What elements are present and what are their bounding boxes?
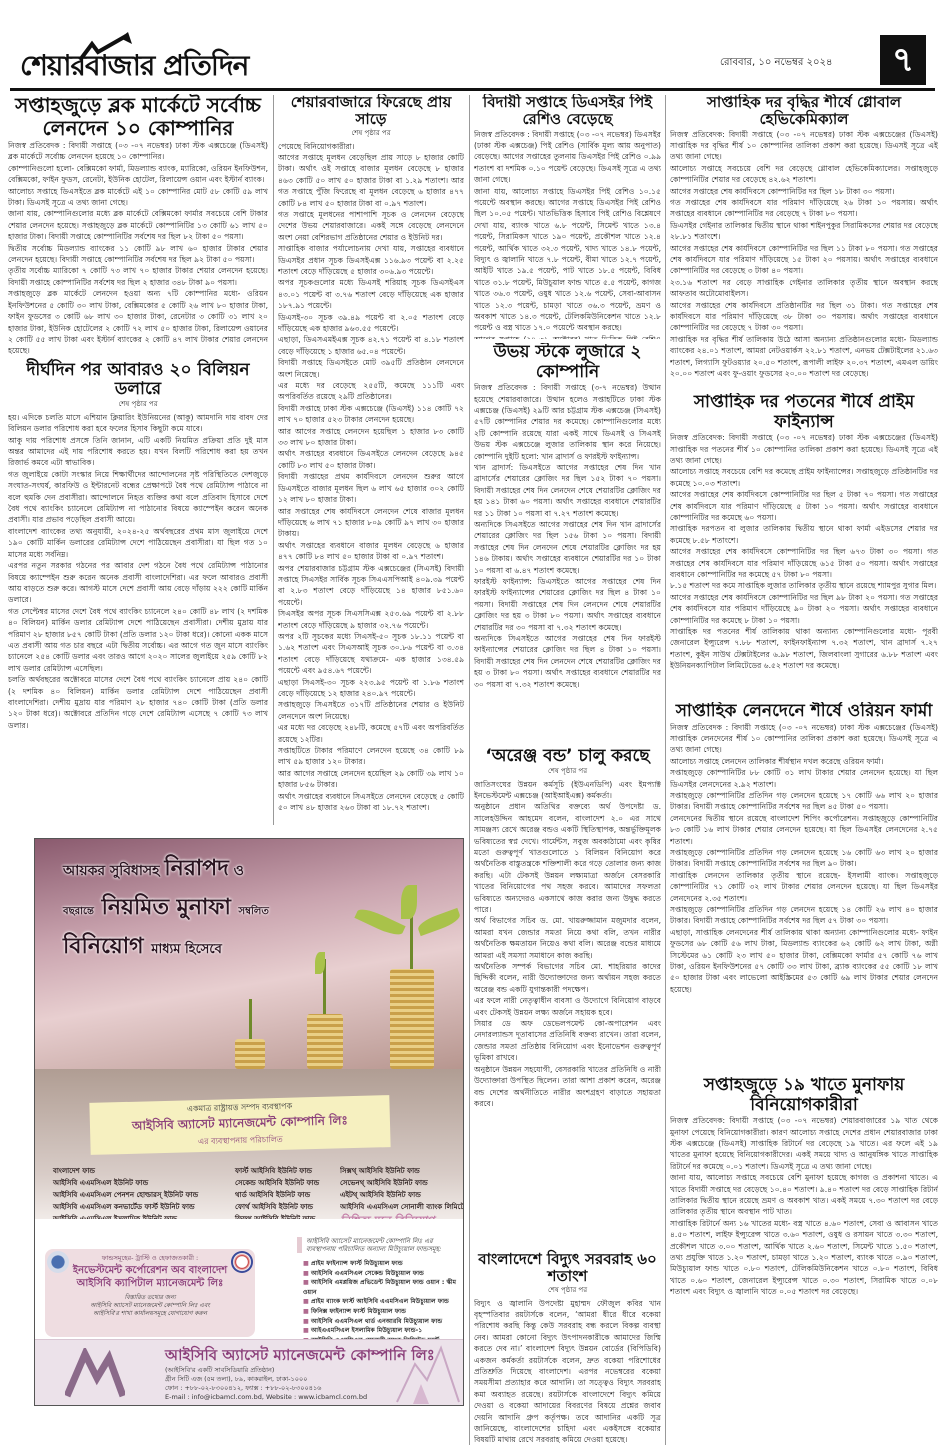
paragraph: জানা যায়, আলোচ্য সপ্তাহে সবচেয়ে বেশি ম…: [670, 1172, 938, 1218]
company-contact[interactable]: E-mail : info@icbamcl.com.bd, Website : …: [165, 1393, 367, 1402]
mutual-fund-item: ■ আইসিবি এমপ্লয়িজ প্রভিডেন্ট মিউচ্যুয়া…: [303, 1278, 464, 1297]
mountain-decoration-icon: [395, 1344, 461, 1404]
continued-label: শেষ পৃষ্ঠার পর: [8, 398, 268, 410]
paragraph: আগের সপ্তাহের শেষ কার্যদিবসে কোম্পানিটির…: [670, 186, 938, 197]
paragraph: এর মধ্যে দর বেড়েছে ২৪৮টি, কমেছে ৫৭টি এব…: [278, 722, 464, 745]
article-column-3: বিদায়ী সপ্তাহে ডিএসইর পিই রেশিও বেড়েছে…: [474, 94, 661, 1446]
paragraph: পেয়েছে বিনিয়োগকারীরা।: [278, 141, 464, 152]
paragraph: অর্থাৎ সপ্তাহের ব্যবধানে বাজার মূলধন বেড…: [278, 540, 464, 563]
paragraph: নিজস্ব প্রতিবেদক: বিদায়ী সপ্তাহে (০৩ -০…: [670, 129, 938, 163]
paragraph: জানা যায়, কোম্পানিগুলোর মধ্যে ব্লক মার্…: [8, 208, 268, 242]
paragraph: বিদায়ী সপ্তাহে ডিএসইতে মোট ৩৯৫টি প্রতিষ…: [278, 357, 464, 380]
paragraph: আলোচ্য সপ্তাহে ডিএসইতে ব্লক মার্কেটে এই …: [8, 186, 268, 209]
paragraph: অপর সূচকগুলোর মধ্যে ডিএসই শরিয়াহ সূচক ড…: [278, 277, 464, 311]
paragraph: আগের সপ্তাহের শেষ কার্যদিবসে কোম্পানিটির…: [670, 489, 938, 523]
paragraph: জানা যায়, আলোচ্য সপ্তাহে ডিএসইর পিই রেশ…: [474, 186, 661, 334]
paragraph: নিজস্ব প্রতিবেদক: বিদায়ী সপ্তাহে (০৩ -০…: [670, 1115, 938, 1172]
paragraph: ৮.১৫ শতাংশ দর কমে সাপ্তাহিক লুজার তালিকা…: [670, 580, 938, 591]
fund-item: সেকেন্ড আইসিবি ইউনিট ফান্ড: [235, 1177, 319, 1189]
paragraph: সপ্তাহজুড়ে কোম্পানিটির ৮৮ কোটি ৩১ লাখ ট…: [670, 767, 938, 790]
article-billion-dollar: দীর্ঘদিন পর আবারও ২০ বিলিয়ন ডলারে শেষ প…: [8, 361, 268, 731]
paragraph: সাপ্তাহিক দরপতন বা লুজার তালিকায় দ্বিতী…: [670, 523, 938, 546]
paragraph: লেনদেনের দ্বিতীয় স্থানে রয়েছে বাংলাদেশ…: [670, 813, 938, 847]
article-top-turnover: সাপ্তাহিক লেনদেনে শীর্ষে ওরিয়ন ফার্মা ন…: [670, 702, 938, 1072]
article-pe-ratio: বিদায়ী সপ্তাহে ডিএসইর পিই রেশিও বেড়েছে…: [474, 94, 661, 339]
article-headline[interactable]: ‘অরেঞ্জ বন্ড’ চালু করছে: [474, 747, 661, 767]
masthead-divider: [10, 88, 935, 91]
continued-label: শেষ পৃষ্ঠার পর: [474, 1284, 661, 1296]
paragraph: দ্বিতীয় সর্বোচ্চ মিডল্যান্ড ব্যাংকের ১১…: [8, 243, 268, 266]
paragraph: আগের সপ্তাহের শেষ কার্যদিবসে কোম্পানিটির…: [670, 243, 938, 277]
mutual-fund-item: ■ প্রাইম ফাইন্যান্স ফার্স্ট মিউচ্যুয়াল …: [303, 1259, 464, 1269]
trustee-note: বিস্তারিত তথ্যের জন্য: [45, 1294, 255, 1302]
paragraph: এর মধ্যে দর বেড়েছে ২৫৫টি, কমেছে ১১১টি এ…: [278, 380, 464, 403]
paragraph: এছাড়া, সাপ্তাহিক লেনদেনের শীর্ষ তালিকায…: [670, 927, 938, 995]
paragraph: সপ্তাহটিতে টাকার পরিমাণে লেনদেন হয়েছে ৩…: [278, 745, 464, 768]
article-block-market: সপ্তাহজুড়ে ব্লক মার্কেটে সর্বোচ্চ লেনদে…: [8, 94, 268, 357]
ad-trustee-section: ফান্ডসমূহের- ট্রাস্টি ও হেফাজতকারী : ইনভ…: [35, 1219, 464, 1339]
paragraph: অর্থ বিভাগের সচিব ড. মো. খায়রুজ্জামান ম…: [474, 915, 661, 961]
ad-hero-image: আয়কর সুবিধাসহ নিরাপদ ও বছরান্তে নিয়মিত…: [35, 839, 464, 1069]
article-both-exchanges: উভয় স্টকে লুজারে ২ কোম্পানি নিজস্ব প্রত…: [474, 343, 661, 743]
mutual-fund-item: ■ ফিনিক্স ফাইন্যান্স ফার্স্ট মিউচ্যুয়াল…: [303, 1307, 464, 1317]
paragraph: কোম্পানিগুলো হলো- বেক্সিমকো ফার্মা, মিডল…: [8, 163, 268, 186]
article-body: নিজস্ব প্রতিবেদক: বিদায়ী সপ্তাহে (০৩ -০…: [670, 129, 938, 380]
article-orange-bond: ‘অরেঞ্জ বন্ড’ চালু করছে শেষ পৃষ্ঠার পর জ…: [474, 747, 661, 1247]
slogan-text: আয়কর সুবিধাসহ: [63, 863, 160, 879]
paragraph: অর্থাৎ সপ্তাহের ব্যবধানে ডিএসইতে লেনদেন …: [278, 448, 464, 471]
column-divider: [665, 95, 666, 1445]
leaf-icon: [315, 952, 325, 974]
fund-list-col3: সিক্সথ্ আইসিবি ইউনিট ফান্ড সেভেনথ্ আইসিব…: [340, 1165, 464, 1227]
fund-item: সেভেনথ্ আইসিবি ইউনিট ফান্ড: [340, 1177, 464, 1189]
paragraph: সিয়ার ডে অফ ডেভেলপমেন্ট কো-অপারেশন এবং …: [474, 1018, 661, 1064]
paragraph: তৃতীয় সর্বোচ্চ ম্যারিকো ৭ কোটি ৭৩ লাখ ৭…: [8, 265, 268, 288]
paragraph: ২৩.১৬ শতাংশ দর বেড়ে সাপ্তাহিক গেইনার তা…: [670, 277, 938, 300]
paragraph: আলোচ্য সপ্তাহে লেনদেন তালিকার শীর্ষস্থান…: [670, 756, 938, 767]
paragraph: খান ব্রাদার্স: ডিএসইতে আগের সপ্তাহের শেষ…: [474, 462, 661, 519]
trustee-note: আইসিবি অ্যাসেট ম্যানেজমেন্ট কোম্পানি লিঃ…: [45, 1302, 255, 1310]
article-body: নিজস্ব প্রতিবেদক : বিদায়ী সপ্তাহে (০৩ -…: [8, 140, 268, 357]
paragraph: সাপ্তাহিক দর পতনের শীর্ষ তালিকায় থাকা অ…: [670, 626, 938, 672]
paragraph: এরপর নতুন সরকার গঠনের পর আবার দেশ গঠনে ব…: [8, 560, 268, 606]
column-divider: [469, 95, 470, 1445]
paragraph: চলতি অর্থবছরের অক্টোবরে মাসের দেশে বৈধ প…: [8, 674, 268, 731]
paragraph: এছাড়া, ডিএসএমইএক্স সূচক ৪২.৭১ পয়েন্ট ব…: [278, 334, 464, 357]
company-address: গ্রীন সিটি এজ (৫ম তলা), ৮৯, কাকরাইল, ঢাক…: [165, 1375, 367, 1384]
slogan-text: মাধ্যম হিসেবে: [151, 942, 222, 957]
paragraph: ডিএসই-৩০ সূচক ৩৯.৪৯ পয়েন্ট বা ২.০৫ শতাং…: [278, 312, 464, 335]
paragraph: সপ্তাহজুড়ে কোম্পানিটির প্রতিদিন গড় লেন…: [670, 904, 938, 927]
icb-emblem-icon: [47, 1251, 69, 1273]
slogan-emphasis: নিয়মিত মুনাফা: [102, 895, 231, 920]
paragraph: আগের সপ্তাহের শেষ কার্যদিবসে প্রতিষ্ঠানট…: [670, 300, 938, 334]
paragraph: সাপ্তাহিক দর বৃদ্ধির শীর্ষ তালিকায় উঠে …: [670, 334, 938, 380]
sprout-icon: [249, 999, 252, 1039]
article-headline[interactable]: দীর্ঘদিন পর আবারও ২০ বিলিয়ন ডলারে: [8, 361, 268, 400]
coin-stack-small: [235, 1039, 265, 1069]
company-phone: ফোন : +৮৮-০২-৮৩০০৪১২, ফ্যাক্স : +৮৮-০২-৮…: [165, 1384, 367, 1393]
article-headline[interactable]: সাপ্তাহিক দর পতনের শীর্ষে প্রাইম ফাইন্যা…: [670, 393, 938, 432]
article-sector-profit: সপ্তাহজুড়ে ১৯ খাতে মুনাফায় বিনিয়োগকার…: [670, 1076, 938, 1298]
article-headline[interactable]: শেয়ারবাজারে ফিরেছে প্রায় সাড়ে: [278, 94, 464, 129]
paragraph: গত সেপ্টেম্বর মাসের দেশে বৈধ পথে ব্যাংকি…: [8, 606, 268, 674]
page-number: ৭: [880, 35, 926, 85]
paragraph: আর সপ্তাহের শেষ কার্যদিবসে লেনদেন শেষে ব…: [278, 506, 464, 540]
paragraph: নিজস্ব প্রতিবেদক: বিদায়ী সপ্তাহে (০৩ -০…: [670, 432, 938, 466]
paragraph: আগের সপ্তাহের শেষ কার্যদিবসে কোম্পানিটির…: [670, 592, 938, 626]
paragraph: সপ্তাহজুড়ে কোম্পানিটির প্রতিদিন গড় লেন…: [670, 790, 938, 813]
paragraph: অপর ২টি সূচকের মধ্যে সিএসই-৫০ সূচক ১৮.১১…: [278, 631, 464, 677]
leaf-icon: [401, 885, 417, 919]
fund-item: ফার্স্ট আইসিবি ইউনিট ফান্ড: [235, 1165, 319, 1177]
article-headline[interactable]: সপ্তাহজুড়ে ১৯ খাতে মুনাফায় বিনিয়োগকার…: [670, 1076, 938, 1115]
article-body: পেয়েছে বিনিয়োগকারীরা। আগের সপ্তাহে মূল…: [278, 141, 464, 814]
paragraph: সপ্তাহজুড়ে সিএসইতে ৩১৭টি প্রতিষ্ঠানের শ…: [278, 699, 464, 722]
article-body: হয়। এদিকে চলতি মাসে এশিয়ান ক্লিয়ারিং …: [8, 412, 268, 731]
article-headline[interactable]: সাপ্তাহিক দর বৃদ্ধির শীর্ষে গ্লোবাল হেভি…: [670, 94, 938, 129]
article-column-1: সপ্তাহজুড়ে ব্লক মার্কেটে সর্বোচ্চ লেনদে…: [8, 94, 268, 834]
paragraph: অনুষ্ঠানে প্রধান অতিথির বক্তব্যে অর্থ উপ…: [474, 801, 661, 915]
article-body: নিজস্ব প্রতিবেদক : বিদায়ী সপ্তাহে (৩-৭ …: [474, 382, 661, 690]
paragraph: আগের সপ্তাহে (২৭-৩১ অক্টোবর) খাত ভিত্তিক…: [474, 334, 661, 339]
paragraph: আলোচ্য সপ্তাহে সবচেয়ে বেশি দর কমেছে প্র…: [670, 466, 938, 489]
article-body: নিজস্ব প্রতিবেদক : বিদায়ী সপ্তাহে (০৩ -…: [670, 722, 938, 996]
fund-list-col1: বাংলাদেশ ফান্ড আইসিবি এএমসিএল ইউনিট ফান্…: [53, 1165, 198, 1225]
paragraph: বাংলাদেশ ব্যাংকের তথ্য অনুযায়ী, ২০২৪-২৫…: [8, 526, 268, 560]
paragraph: হয়। এদিকে চলতি মাসে এশিয়ান ক্লিয়ারিং …: [8, 412, 268, 435]
fund-list-col2: ফার্স্ট আইসিবি ইউনিট ফান্ড সেকেন্ড আইসিব…: [235, 1165, 319, 1225]
trustee-label: ফান্ডসমূহের- ট্রাস্টি ও হেফাজতকারী :: [45, 1253, 255, 1264]
paragraph: সিএসইর অপর সূচক সিএসসিএক্স ২৫৩.৬৯ পয়েন্…: [278, 608, 464, 631]
paragraph: আগের সপ্তাহে মূলধন বেড়েছিল প্রায় সাড়ে…: [278, 152, 464, 209]
paragraph: বিদায়ী সপ্তাহে ঢাকা স্টক এক্সচেঞ্জে (ডি…: [278, 403, 464, 426]
mutual-fund-item: ■ প্রাইম ব্যাংক ফার্স্ট আইসিবি এএমসিএল ম…: [303, 1297, 464, 1307]
icb-amcl-advertisement[interactable]: আয়কর সুবিধাসহ নিরাপদ ও বছরান্তে নিয়মিত…: [34, 838, 464, 1406]
fund-item: সিক্সথ্ আইসিবি ইউনিট ফান্ড: [340, 1165, 464, 1177]
paragraph: সপ্তাহজুড়ে ব্লক মার্কেটে লেনদেন হওয়া অ…: [8, 288, 268, 356]
slogan-text: বছরান্তে: [63, 906, 94, 917]
trustee-name: আইসিবি ক্যাপিটাল ম্যানেজমেন্ট লিঃ: [45, 1277, 255, 1290]
paragraph: বিদ্যুৎ ও জ্বালানি উপদেষ্টা মুহাম্মদ ফৌজ…: [474, 1298, 661, 1446]
paragraph: সপ্তাহজুড়ে কোম্পানিটির প্রতিদিন গড় লেন…: [670, 847, 938, 870]
paragraph: ফারইস্ট ফাইন্যান্স: ডিএসইতে আগের সপ্তাহে…: [474, 576, 661, 633]
slogan-emphasis: নিরাপদ: [164, 856, 228, 881]
article-headline[interactable]: সাপ্তাহিক লেনদেনে শীর্ষে ওরিয়ন ফার্মা: [670, 702, 938, 722]
slogan-text: সম্বলিত: [239, 906, 269, 917]
ad-slogan: আয়কর সুবিধাসহ নিরাপদ ও বছরান্তে নিয়মিত…: [63, 851, 269, 966]
paragraph: নিজস্ব প্রতিবেদক : বিদায়ী সপ্তাহে (০৩ -…: [474, 129, 661, 186]
coin-stack-large: [390, 969, 434, 1069]
paragraph: সাপ্তাহিক রিটার্নে অন্য ১৬ খাতের মধ্যে- …: [670, 1218, 938, 1298]
paragraph: আর আগের সপ্তাহে লেনদেন হয়েছিল ২৯ কোটি ৩…: [278, 768, 464, 791]
article-headline[interactable]: উভয় স্টকে লুজারে ২ কোম্পানি: [474, 343, 661, 382]
article-body: জাতিসংঘের উন্নয়ন কর্মসূচি (ইউএনডিপি) এব…: [474, 779, 661, 1110]
paragraph: জাতিসংঘের উন্নয়ন কর্মসূচি (ইউএনডিপি) এব…: [474, 779, 661, 802]
paragraph: এর ফলে নারী নেতৃত্বাধীন ব্যবসা ও উদ্যোগে…: [474, 995, 661, 1018]
paragraph: নিজস্ব প্রতিবেদক : বিদায়ী সপ্তাহে (০৩ -…: [8, 140, 268, 163]
article-headline[interactable]: সপ্তাহজুড়ে ব্লক মার্কেটে সর্বোচ্চ লেনদে…: [8, 94, 268, 140]
article-column-2: শেয়ারবাজারে ফিরেছে প্রায় সাড়ে শেষ পৃষ…: [278, 94, 464, 834]
trustee-box: ফান্ডসমূহের- ট্রাস্টি ও হেফাজতকারী : ইনভ…: [45, 1249, 255, 1337]
fund-item: আইসিবি এএমসিএল ইউনিট ফান্ড: [53, 1177, 198, 1189]
fund-item: আইসিবি এএমসিএল পেনশন হোল্ডারস্ ইউনিট ফান…: [53, 1189, 198, 1201]
paragraph: অন্যদিকে সিএসইতে আগের সপ্তাহের শেষ দিন খ…: [474, 519, 661, 576]
paragraph: আর আগের সপ্তাহে লেনদেন হয়েছিল ১ হাজার ৮…: [278, 426, 464, 449]
masthead: শেয়ারবাজার প্রতিদিন রোববার, ১০ নভেম্বর …: [0, 0, 945, 92]
paragraph: গত জুলাইয়ে কোটা সংস্কার নিয়ে শিক্ষার্থ…: [8, 469, 268, 526]
paragraph: অনুষ্ঠানে উন্নয়ন সহযোগী, বেসরকারি খাতের…: [474, 1064, 661, 1110]
paragraph: গত সপ্তাহে মূলধনের পাশাপাশি সূচক ও লেনদে…: [278, 209, 464, 243]
fund-item: বাংলাদেশ ফান্ড: [53, 1165, 198, 1177]
continued-label: শেষ পৃষ্ঠার পর: [278, 127, 464, 139]
cml-emblem-icon: [231, 1251, 253, 1273]
article-electricity: বাংলাদেশে বিদ্যুৎ সরবরাহ ৬০ শতাংশ শেষ পৃ…: [474, 1251, 661, 1446]
article-body: নিজস্ব প্রতিবেদক: বিদায়ী সপ্তাহে (০৩ -০…: [670, 432, 938, 672]
ad-manager-banner: একমাত্র রাষ্ট্রায়ত্ত সম্পদ ব্যবস্থাপক আ…: [89, 1095, 390, 1155]
paragraph: অর্থনৈতিক সম্পর্ক বিভাগের সচিব মো. শাহরি…: [474, 961, 661, 995]
newspaper-logo[interactable]: শেয়ারবাজার প্রতিদিন: [20, 44, 248, 91]
paragraph: নিজস্ব প্রতিবেদক : বিদায়ী সপ্তাহে (০৩ -…: [670, 722, 938, 756]
article-headline[interactable]: বাংলাদেশে বিদ্যুৎ সরবরাহ ৬০ শতাংশ: [474, 1251, 661, 1286]
paragraph: অপর শেয়ারবাজার চট্টগ্রাম স্টক এক্সচেঞ্জ…: [278, 563, 464, 609]
leaf-icon: [354, 905, 405, 939]
paragraph: বিদায়ী সপ্তাহের প্রথম কার্যদিবসে লেনদেন…: [278, 471, 464, 505]
mutual-fund-item: ■ আইসিবি এএমসিএল সেকেন্ড মিউচ্যুয়াল ফান…: [303, 1269, 464, 1279]
fund-item: আইসিবি এএমসিএল কনভার্টেড ফার্স্ট ইউনিট ফ…: [53, 1201, 198, 1213]
paragraph: অন্যদিকে সিএসইতে আগের সপ্তাহের শেষ দিন ফ…: [474, 633, 661, 690]
paragraph: অর্থাৎ সপ্তাহের ব্যবধানে সিএসইতে লেনদেন …: [278, 791, 464, 814]
article-top-loser: সাপ্তাহিক দর পতনের শীর্ষে প্রাইম ফাইন্যা…: [670, 393, 938, 698]
leaf-icon: [416, 908, 462, 936]
column-divider: [273, 95, 274, 825]
fund-item: থার্ড আইসিবি ইউনিট ফান্ড: [235, 1189, 319, 1201]
article-column-4: সাপ্তাহিক দর বৃদ্ধির শীর্ষে গ্লোবাল হেভি…: [670, 94, 938, 1446]
paragraph: গত সপ্তাহের শেষ কার্যদিবসে যার পরিমাণ দা…: [670, 197, 938, 220]
paragraph: নিজস্ব প্রতিবেদক : বিদায়ী সপ্তাহে (৩-৭ …: [474, 382, 661, 462]
company-info: (আইসিবি'র একটি সাবসিডিয়ারি প্রতিষ্ঠান) …: [165, 1366, 367, 1402]
fund-item: এইটথ্ আইসিবি ইউনিট ফান্ড: [340, 1189, 464, 1201]
ad-fund-section: একমাত্র রাষ্ট্রায়ত্ত সম্পদ ব্যবস্থাপক আ…: [35, 1069, 464, 1219]
publication-date: রোববার, ১০ নভেম্বর ২০২৪: [720, 55, 833, 72]
mutual-fund-list-title: আইসিবি অ্যাসেট ম্যানেজমেন্ট কোম্পানি লিঃ…: [297, 1237, 457, 1253]
mutual-fund-item: ■ আইএএমসিএল ইসলামিক মিউচ্যুয়াল ফান্ড-১: [303, 1326, 464, 1336]
article-headline[interactable]: বিদায়ী সপ্তাহে ডিএসইর পিই রেশিও বেড়েছে: [474, 94, 661, 129]
paragraph: সাপ্তাহিক লেনদেন তালিকার তৃতীয় স্থানে র…: [670, 870, 938, 904]
article-body: নিজস্ব প্রতিবেদক: বিদায়ী সপ্তাহে (০৩ -০…: [670, 1115, 938, 1298]
paragraph: এছাড়া সিএসই-৩০ সূচক ২২৩.৯৫ পয়েন্ট বা ১…: [278, 677, 464, 700]
paragraph: আকু দায় পরিশোধ প্রসঙ্গে তিনি জানান, এটি…: [8, 435, 268, 469]
article-body: বিদ্যুৎ ও জ্বালানি উপদেষ্টা মুহাম্মদ ফৌজ…: [474, 1298, 661, 1446]
fund-item: আইসিবি এএমসিএল সোনালী ব্যাংক লিমিটেড ফার…: [340, 1201, 464, 1213]
article-top-gainer: সাপ্তাহিক দর বৃদ্ধির শীর্ষে গ্লোবাল হেভি…: [670, 94, 938, 389]
fund-item: ফোর্থ আইসিবি ইউনিট ফান্ড: [235, 1201, 319, 1213]
coin-stack-medium: [307, 1014, 343, 1069]
ad-company-footer: আইসিবি অ্যাসেট ম্যানেজমেন্ট কোম্পানি লিঃ…: [35, 1339, 464, 1406]
company-subtitle: (আইসিবি'র একটি সাবসিডিয়ারি প্রতিষ্ঠান): [165, 1366, 367, 1375]
paragraph: সাপ্তাহিক বাজার পর্যালোচনায় দেখা যায়, …: [278, 243, 464, 277]
paragraph: আলোচ্য সপ্তাহে সবচেয়ে বেশি দর বেড়েছে গ…: [670, 163, 938, 186]
mutual-fund-item: ■ আইসিবি এএমসিএল থার্ড এনআরবি মিউচ্যুয়া…: [303, 1317, 464, 1327]
trustee-name: ইনভেস্টমেন্ট কর্পোরেশন অব বাংলাদেশ: [45, 1264, 255, 1277]
icb-amcl-logo-icon: [65, 1348, 125, 1398]
article-body: নিজস্ব প্রতিবেদক : বিদায়ী সপ্তাহে (০৩ -…: [474, 129, 661, 340]
paragraph: ডিএসইর গেইনার তালিকার দ্বিতীয় স্থানে থা…: [670, 220, 938, 243]
paragraph: আগের সপ্তাহের শেষ কার্যদিবসে কোম্পানিটির…: [670, 546, 938, 580]
slogan-text: ও: [234, 863, 244, 879]
trustee-note: আইসিবি'র শাখা কার্যালয়সমূহে যোগাযোগ করু…: [45, 1310, 255, 1318]
slogan-emphasis: বিনিয়োগ: [63, 934, 144, 959]
